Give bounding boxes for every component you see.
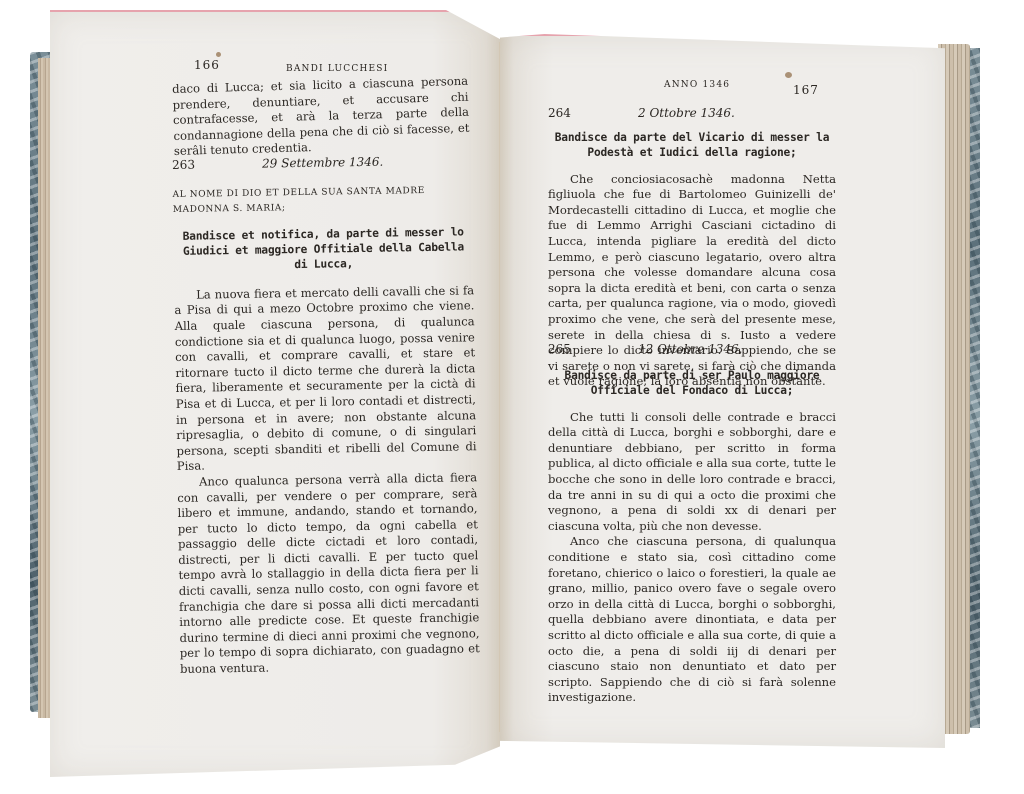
right-running-head: ANNO 1346 bbox=[664, 80, 730, 90]
right-page-number: 167 bbox=[793, 83, 819, 97]
left-page-number: 166 bbox=[194, 58, 220, 72]
foxing-spot bbox=[785, 72, 792, 78]
entry-number: 263 bbox=[172, 157, 262, 174]
entry-heading: Bandisce da parte del Vicario di messer … bbox=[548, 130, 836, 160]
entry-265: 265 12 Ottobre 1346. Bandisce da parte d… bbox=[548, 342, 836, 706]
entry-date: 2 Ottobre 1346. bbox=[638, 106, 735, 122]
entry-paragraph: Anco qualunca persona verrà alla dicta f… bbox=[177, 470, 480, 677]
foxing-spot bbox=[216, 52, 221, 57]
entry-date: 29 Settembre 1346. bbox=[262, 155, 383, 172]
entry-header: 263 29 Settembre 1346. bbox=[172, 153, 472, 173]
entry-header: 265 12 Ottobre 1346. bbox=[548, 342, 836, 358]
entry-heading: Bandisce da parte di ser Paulo maggiore … bbox=[548, 368, 836, 398]
entry-number: 264 bbox=[548, 106, 638, 122]
continuation-paragraph: daco di Lucca; et sia licito a ciascuna … bbox=[172, 74, 470, 160]
entry-date: 12 Ottobre 1346. bbox=[638, 342, 742, 358]
entry-heading: Bandisce et notifica, da parte di messer… bbox=[173, 224, 474, 274]
entry-number: 265 bbox=[548, 342, 638, 358]
entry-paragraph: Anco che ciascuna persona, di qualunqua … bbox=[548, 534, 836, 706]
left-running-head: BANDI LUCCHESI bbox=[286, 64, 388, 74]
entry-paragraph: La nuova fiera et mercato delli cavalli … bbox=[174, 283, 477, 475]
entry-paragraph: Che tutti li consoli delle contrade e br… bbox=[548, 410, 836, 535]
left-page-body: daco di Lucca; et sia licito a ciascuna … bbox=[172, 74, 470, 160]
invocation: AL NOME DI DIO ET DELLA SUA SANTA MADRE … bbox=[172, 183, 472, 219]
entry-header: 264 2 Ottobre 1346. bbox=[548, 106, 836, 122]
entry-263: 263 29 Settembre 1346. AL NOME DI DIO ET… bbox=[172, 153, 480, 677]
